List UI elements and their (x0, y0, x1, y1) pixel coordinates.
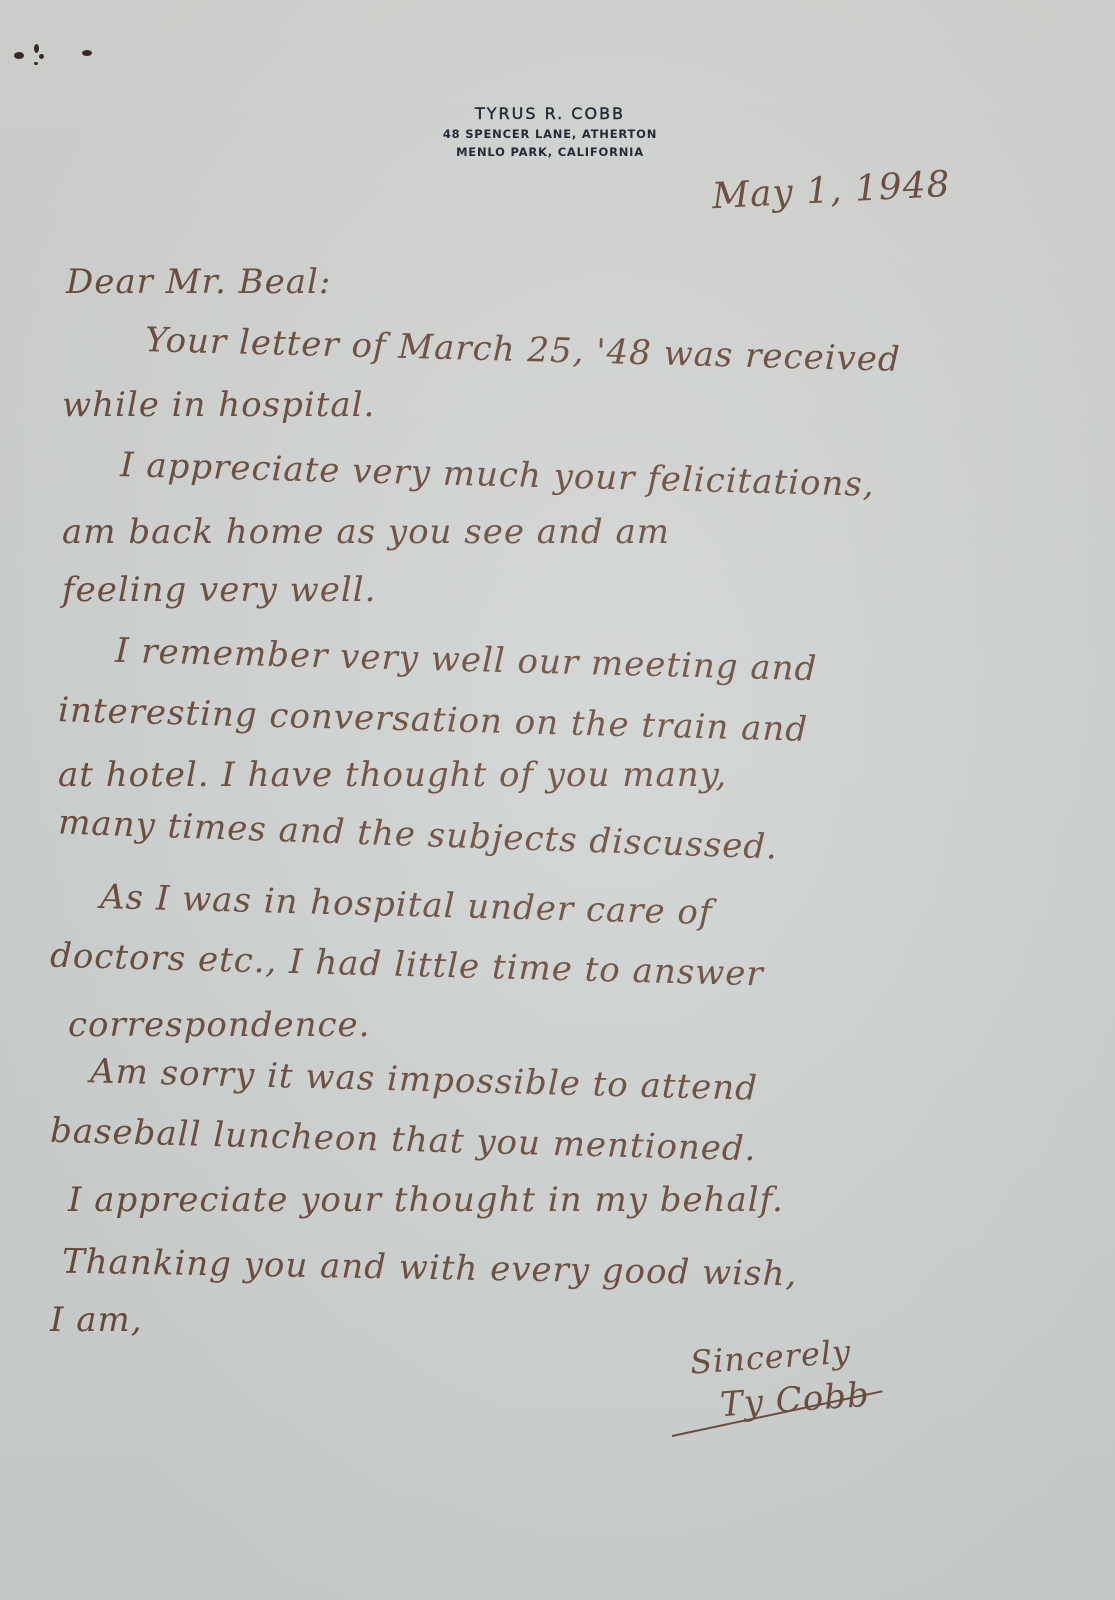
body-line: doctors etc., I had little time to answe… (50, 936, 765, 995)
body-line: while in hospital. (62, 385, 375, 425)
body-line: correspondence. (68, 1005, 370, 1045)
paper-marks (14, 44, 94, 64)
body-line: am back home as you see and am (62, 512, 670, 552)
salutation: Dear Mr. Beal: (66, 262, 331, 302)
body-line: Thanking you and with every good wish, (62, 1242, 798, 1295)
letterhead-address-line2: MENLO PARK, CALIFORNIA (400, 145, 700, 159)
body-line: I am, (50, 1300, 143, 1340)
body-line: I appreciate your thought in my behalf. (68, 1180, 784, 1220)
body-line: I appreciate very much your felicitation… (120, 445, 876, 505)
body-line: Am sorry it was impossible to attend (90, 1051, 759, 1108)
letter-paper: TYRUS R. COBB 48 SPENCER LANE, ATHERTON … (0, 0, 1115, 1600)
letter-date: May 1, 1948 (711, 164, 951, 217)
body-line: I remember very well our meeting and (115, 631, 818, 689)
body-line: baseball luncheon that you mentioned. (50, 1111, 757, 1169)
letterhead-name: TYRUS R. COBB (400, 104, 700, 123)
body-line: feeling very well. (62, 570, 376, 610)
body-line: many times and the subjects discussed. (58, 802, 779, 867)
body-line: interesting conversation on the train an… (58, 690, 809, 750)
letterhead: TYRUS R. COBB 48 SPENCER LANE, ATHERTON … (400, 104, 700, 159)
signature: Ty Cobb (719, 1375, 871, 1425)
letterhead-address-line1: 48 SPENCER LANE, ATHERTON (400, 127, 700, 141)
body-line: As I was in hospital under care of (100, 877, 713, 933)
closing: Sincerely (689, 1332, 852, 1381)
body-line: at hotel. I have thought of you many, (58, 755, 727, 795)
body-line: Your letter of March 25, '48 was receive… (145, 320, 902, 380)
